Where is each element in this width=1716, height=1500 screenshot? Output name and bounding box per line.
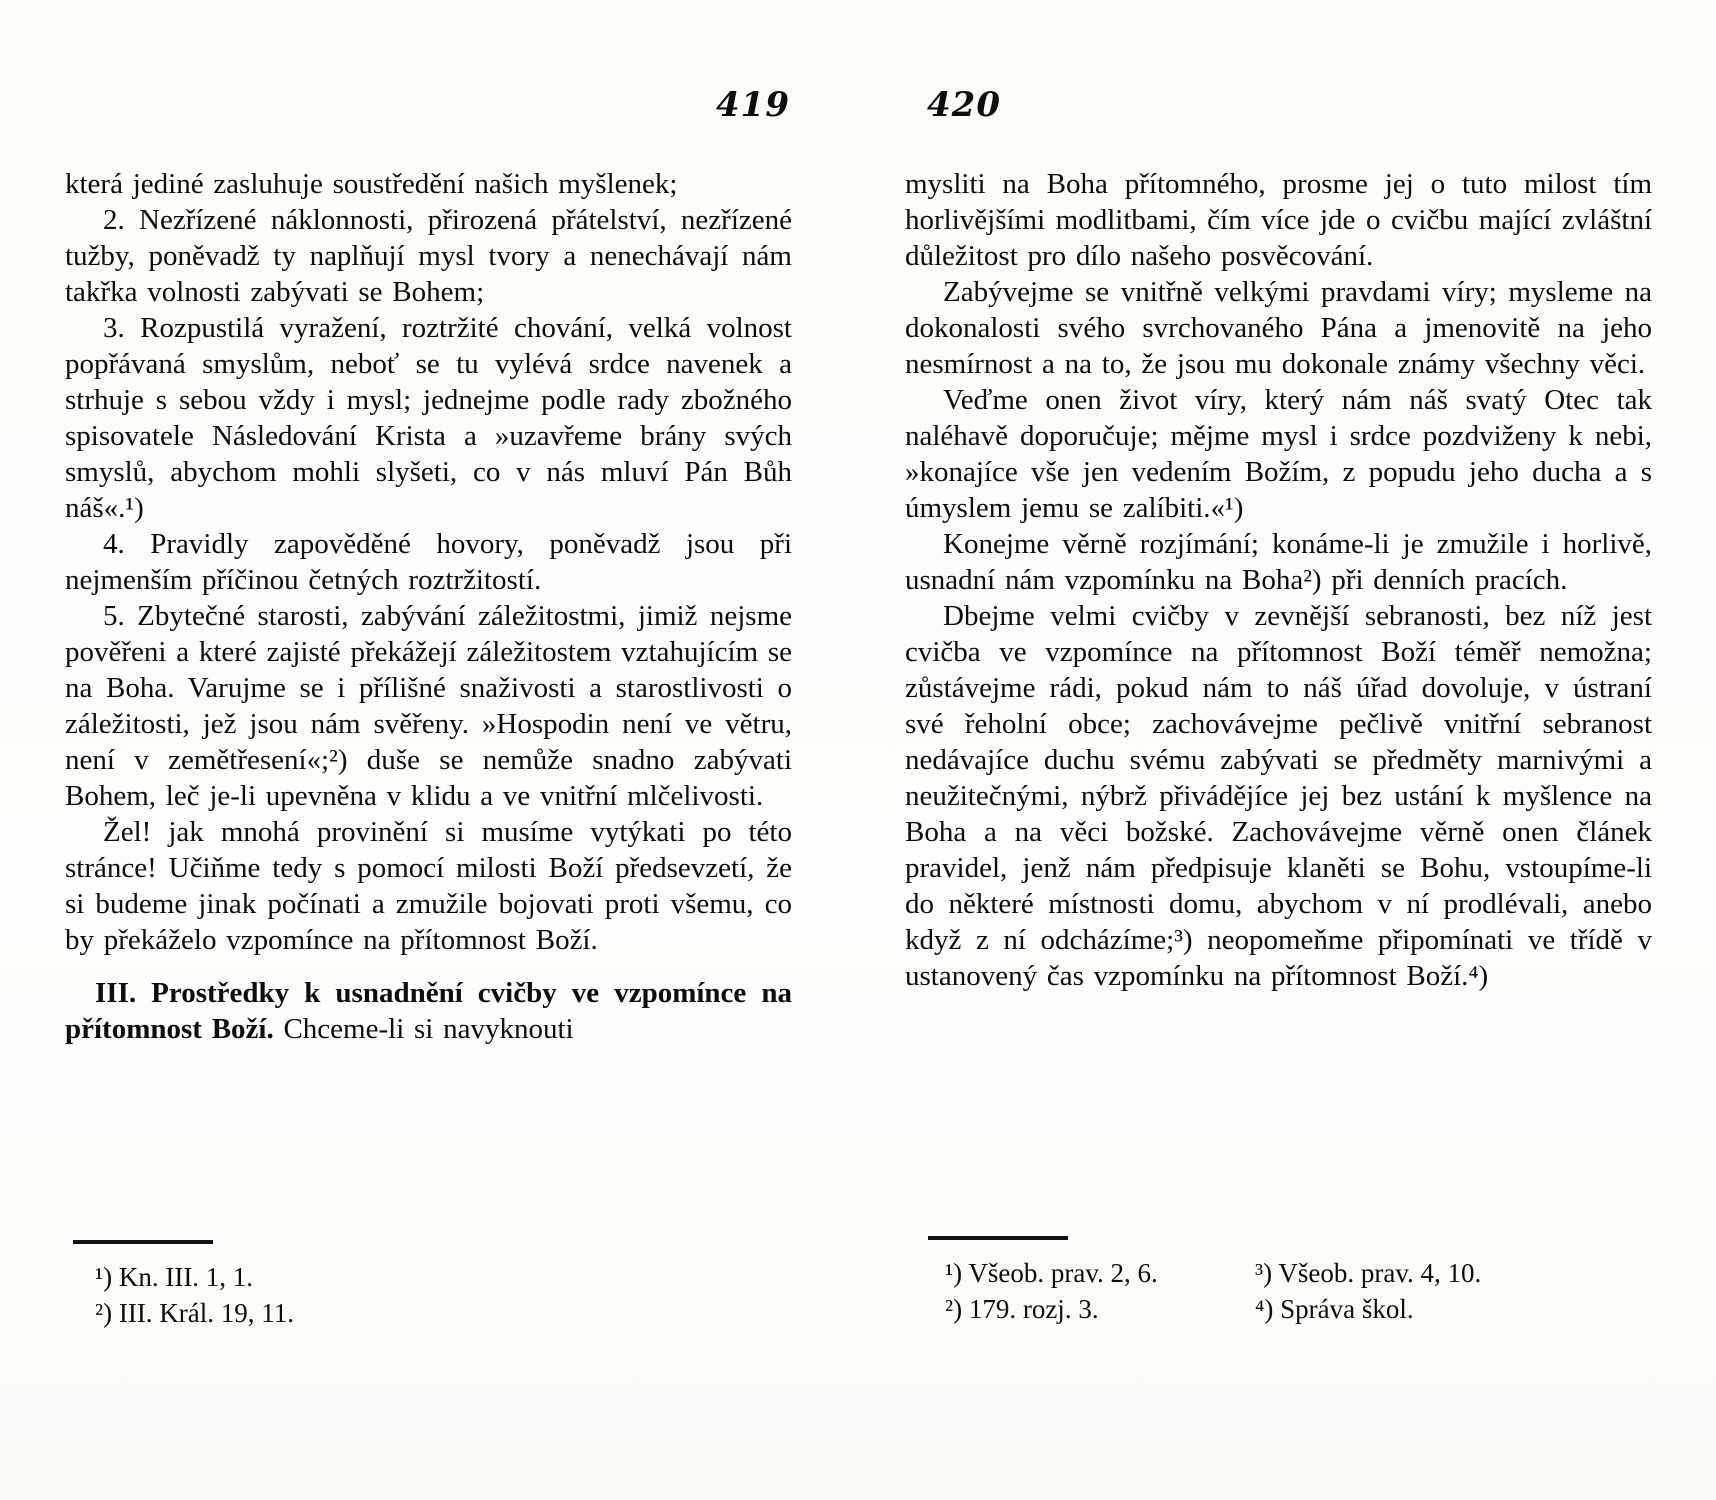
footnote-separator-rule [73,1240,213,1244]
left-page-body: která jediné zasluhuje soustředění našic… [65,166,792,1047]
footnote: ²) 179. rozj. 3. [905,1291,1255,1327]
paragraph: 3. Rozpustilá vyražení, roztržité chován… [65,310,792,526]
footnote: ⁴) Správa škol. [1255,1291,1652,1327]
paragraph: Zabývejme se vnitřně velkými pravdami ví… [905,274,1652,382]
paragraph: Konejme věrně rozjímání; konáme-li je zm… [905,526,1652,598]
paragraph: Žel! jak mnohá provinění si musíme vytýk… [65,814,792,958]
right-page-body: mysliti na Boha přítomného, prosme jej o… [905,166,1652,994]
footnote-separator-rule [928,1236,1068,1240]
paragraph: 4. Pravidly zapověděné hovory, poněvadž … [65,526,792,598]
section-heading-continuation: Chceme-li si navyknouti [274,1013,574,1045]
left-footnotes: ¹) Kn. III. 1, 1. ²) III. Král. 19, 11. [65,1240,792,1331]
footnote-row: ²) 179. rozj. 3. ⁴) Správa škol. [905,1291,1652,1327]
paragraph: která jediné zasluhuje soustředění našic… [65,166,792,202]
book-scan: { "pages": { "left": { "number": "419", … [0,0,1716,1500]
paragraph: Dbejme velmi cvičby v zevnější sebranost… [905,598,1652,994]
page-number-right: 420 [905,88,1652,122]
footnote-row: ¹) Všeob. prav. 2, 6. ³) Všeob. prav. 4,… [905,1255,1652,1291]
left-page: 419 která jediné zasluhuje soustředění n… [65,88,792,1047]
paragraph: 2. Nezřízené náklonnosti, přirozená přát… [65,202,792,310]
right-page: 420 mysliti na Boha přítomného, prosme j… [905,88,1652,994]
right-footnotes: ¹) Všeob. prav. 2, 6. ³) Všeob. prav. 4,… [905,1236,1652,1327]
paragraph: mysliti na Boha přítomného, prosme jej o… [905,166,1652,274]
paragraph: Veďme onen život víry, který nám náš sva… [905,382,1652,526]
footnote: ³) Všeob. prav. 4, 10. [1255,1255,1652,1291]
footnote: ²) III. Král. 19, 11. [65,1295,792,1331]
section-heading-paragraph: III. Prostředky k usnadnění cvičby ve vz… [65,975,792,1047]
page-number-left: 419 [65,88,792,122]
paragraph: 5. Zbytečné starosti, zabývání záležitos… [65,598,792,814]
footnote: ¹) Všeob. prav. 2, 6. [905,1255,1255,1291]
footnote: ¹) Kn. III. 1, 1. [65,1259,792,1295]
